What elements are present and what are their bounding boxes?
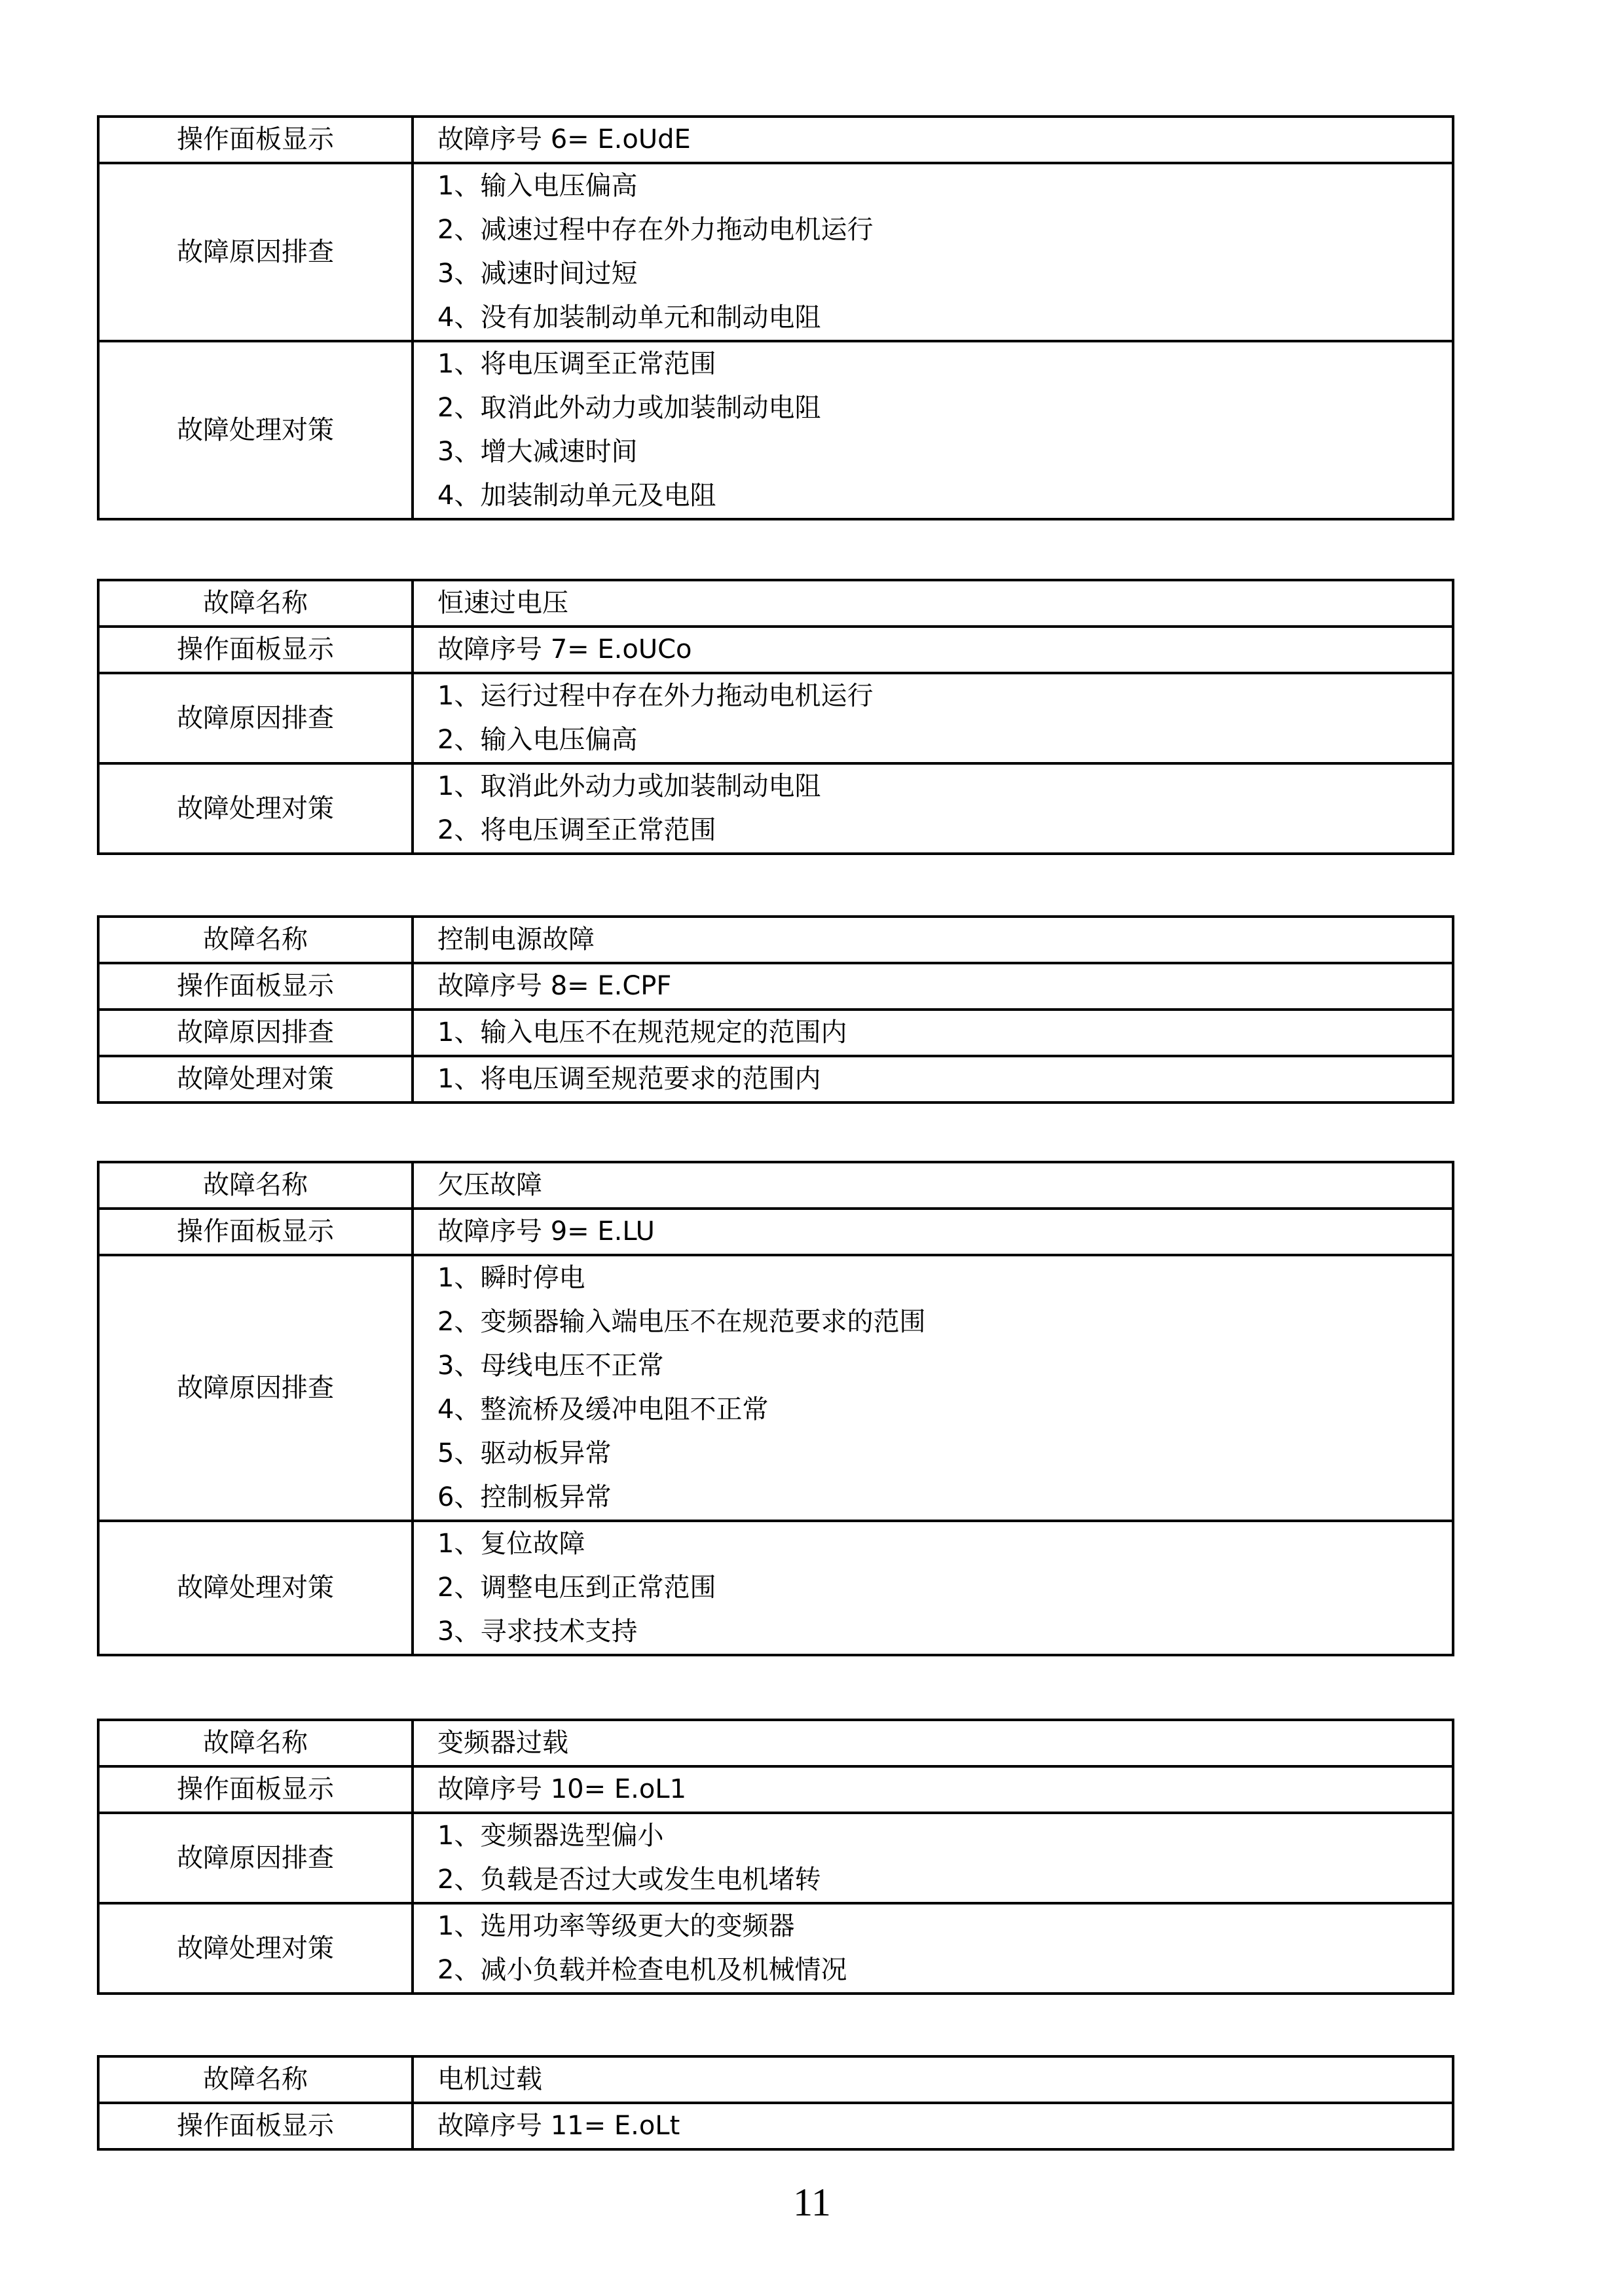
fault-name-label: 故障名称 (98, 917, 413, 963)
panel-display-label: 操作面板显示 (98, 627, 413, 673)
fault-table-9: 故障名称 欠压故障 操作面板显示 故障序号 9= E.LU 故障原因排查 1、瞬… (97, 1161, 1454, 1656)
fault-name-label: 故障名称 (98, 1720, 413, 1766)
solution-item: 1、选用功率等级更大的变频器 (437, 1904, 1452, 1948)
solution-item: 4、加装制动单元及电阻 (437, 474, 1452, 518)
solution-item: 1、取消此外动力或加装制动电阻 (437, 765, 1452, 809)
cause-row: 故障原因排查 1、输入电压偏高 2、减速过程中存在外力拖动电机运行 3、减速时间… (98, 163, 1453, 341)
fault-table-11: 故障名称 电机过载 操作面板显示 故障序号 11= E.oLt (97, 2055, 1454, 2151)
solution-row: 故障处理对策 1、将电压调至规范要求的范围内 (98, 1056, 1453, 1102)
fault-name-row: 故障名称 恒速过电压 (98, 580, 1453, 627)
cause-item: 1、运行过程中存在外力拖动电机运行 (437, 674, 1452, 718)
solution-row: 故障处理对策 1、取消此外动力或加装制动电阻 2、将电压调至正常范围 (98, 763, 1453, 854)
solution-list: 1、取消此外动力或加装制动电阻 2、将电压调至正常范围 (413, 763, 1453, 854)
cause-row: 故障原因排查 1、运行过程中存在外力拖动电机运行 2、输入电压偏高 (98, 673, 1453, 763)
cause-label: 故障原因排查 (98, 673, 413, 763)
cause-list: 1、瞬时停电 2、变频器输入端电压不在规范要求的范围 3、母线电压不正常 4、整… (413, 1255, 1453, 1521)
cause-row: 故障原因排查 1、瞬时停电 2、变频器输入端电压不在规范要求的范围 3、母线电压… (98, 1255, 1453, 1521)
fault-name-row: 故障名称 欠压故障 (98, 1162, 1453, 1209)
cause-item: 2、减速过程中存在外力拖动电机运行 (437, 208, 1452, 252)
cause-item: 1、瞬时停电 (437, 1256, 1452, 1300)
cause-item: 3、母线电压不正常 (437, 1344, 1452, 1388)
panel-display-label: 操作面板显示 (98, 1766, 413, 1813)
panel-display-label: 操作面板显示 (98, 117, 413, 163)
cause-list: 1、变频器选型偏小 2、负载是否过大或发生电机堵转 (413, 1813, 1453, 1903)
fault-name-value: 恒速过电压 (413, 580, 1453, 627)
solution-item: 2、减小负载并检查电机及机械情况 (437, 1948, 1452, 1992)
fault-name-row: 故障名称 电机过载 (98, 2056, 1453, 2103)
page-number: 11 (0, 2180, 1624, 2225)
fault-name-row: 故障名称 控制电源故障 (98, 917, 1453, 963)
fault-name-label: 故障名称 (98, 580, 413, 627)
cause-list: 1、输入电压偏高 2、减速过程中存在外力拖动电机运行 3、减速时间过短 4、没有… (413, 163, 1453, 341)
panel-display-row: 操作面板显示 故障序号 10= E.oL1 (98, 1766, 1453, 1813)
solution-label: 故障处理对策 (98, 1056, 413, 1102)
panel-display-label: 操作面板显示 (98, 963, 413, 1010)
solution-list: 1、选用功率等级更大的变频器 2、减小负载并检查电机及机械情况 (413, 1903, 1453, 1994)
panel-display-value: 故障序号 11= E.oLt (413, 2103, 1453, 2149)
fault-table-10: 故障名称 变频器过载 操作面板显示 故障序号 10= E.oL1 故障原因排查 … (97, 1719, 1454, 1995)
fault-name-value: 电机过载 (413, 2056, 1453, 2103)
panel-display-row: 操作面板显示 故障序号 9= E.LU (98, 1209, 1453, 1255)
solution-item: 3、增大减速时间 (437, 430, 1452, 474)
panel-display-label: 操作面板显示 (98, 2103, 413, 2149)
solution-item: 3、寻求技术支持 (437, 1610, 1452, 1654)
cause-item: 5、驱动板异常 (437, 1432, 1452, 1476)
cause-label: 故障原因排查 (98, 1010, 413, 1056)
solution-item: 2、调整电压到正常范围 (437, 1566, 1452, 1610)
solution-row: 故障处理对策 1、将电压调至正常范围 2、取消此外动力或加装制动电阻 3、增大减… (98, 341, 1453, 519)
cause-list: 1、运行过程中存在外力拖动电机运行 2、输入电压偏高 (413, 673, 1453, 763)
cause-label: 故障原因排查 (98, 163, 413, 341)
solution-list: 1、将电压调至正常范围 2、取消此外动力或加装制动电阻 3、增大减速时间 4、加… (413, 341, 1453, 519)
panel-display-value: 故障序号 7= E.oUCo (413, 627, 1453, 673)
panel-display-label: 操作面板显示 (98, 1209, 413, 1255)
fault-table-6: 操作面板显示 故障序号 6= E.oUdE 故障原因排查 1、输入电压偏高 2、… (97, 115, 1454, 520)
cause-row: 故障原因排查 1、输入电压不在规范规定的范围内 (98, 1010, 1453, 1056)
solution-item: 2、将电压调至正常范围 (437, 809, 1452, 852)
fault-table-7: 故障名称 恒速过电压 操作面板显示 故障序号 7= E.oUCo 故障原因排查 … (97, 579, 1454, 855)
cause-item: 1、输入电压偏高 (437, 164, 1452, 208)
fault-name-value: 欠压故障 (413, 1162, 1453, 1209)
fault-name-label: 故障名称 (98, 1162, 413, 1209)
cause-label: 故障原因排查 (98, 1255, 413, 1521)
cause-item: 2、负载是否过大或发生电机堵转 (437, 1858, 1452, 1902)
panel-display-row: 操作面板显示 故障序号 6= E.oUdE (98, 117, 1453, 163)
panel-display-row: 操作面板显示 故障序号 8= E.CPF (98, 963, 1453, 1010)
solution-item: 1、复位故障 (437, 1522, 1452, 1566)
cause-label: 故障原因排查 (98, 1813, 413, 1903)
solution-item: 2、取消此外动力或加装制动电阻 (437, 386, 1452, 430)
cause-item: 6、控制板异常 (437, 1476, 1452, 1520)
solution-row: 故障处理对策 1、复位故障 2、调整电压到正常范围 3、寻求技术支持 (98, 1521, 1453, 1655)
solution-label: 故障处理对策 (98, 1521, 413, 1655)
cause-item: 1、输入电压不在规范规定的范围内 (413, 1010, 1453, 1056)
panel-display-row: 操作面板显示 故障序号 7= E.oUCo (98, 627, 1453, 673)
solution-label: 故障处理对策 (98, 341, 413, 519)
solution-list: 1、复位故障 2、调整电压到正常范围 3、寻求技术支持 (413, 1521, 1453, 1655)
cause-item: 1、变频器选型偏小 (437, 1814, 1452, 1858)
solution-row: 故障处理对策 1、选用功率等级更大的变频器 2、减小负载并检查电机及机械情况 (98, 1903, 1453, 1994)
cause-item: 2、变频器输入端电压不在规范要求的范围 (437, 1300, 1452, 1344)
solution-label: 故障处理对策 (98, 1903, 413, 1994)
cause-item: 3、减速时间过短 (437, 252, 1452, 296)
cause-item: 2、输入电压偏高 (437, 718, 1452, 762)
solution-item: 1、将电压调至规范要求的范围内 (413, 1056, 1453, 1102)
solution-label: 故障处理对策 (98, 763, 413, 854)
solution-item: 1、将电压调至正常范围 (437, 342, 1452, 386)
panel-display-value: 故障序号 8= E.CPF (413, 963, 1453, 1010)
cause-row: 故障原因排查 1、变频器选型偏小 2、负载是否过大或发生电机堵转 (98, 1813, 1453, 1903)
fault-name-label: 故障名称 (98, 2056, 413, 2103)
fault-table-8: 故障名称 控制电源故障 操作面板显示 故障序号 8= E.CPF 故障原因排查 … (97, 915, 1454, 1104)
cause-item: 4、没有加装制动单元和制动电阻 (437, 296, 1452, 340)
fault-name-row: 故障名称 变频器过载 (98, 1720, 1453, 1766)
panel-display-value: 故障序号 9= E.LU (413, 1209, 1453, 1255)
panel-display-row: 操作面板显示 故障序号 11= E.oLt (98, 2103, 1453, 2149)
fault-name-value: 变频器过载 (413, 1720, 1453, 1766)
panel-display-value: 故障序号 10= E.oL1 (413, 1766, 1453, 1813)
fault-name-value: 控制电源故障 (413, 917, 1453, 963)
cause-item: 4、整流桥及缓冲电阻不正常 (437, 1388, 1452, 1432)
panel-display-value: 故障序号 6= E.oUdE (413, 117, 1453, 163)
